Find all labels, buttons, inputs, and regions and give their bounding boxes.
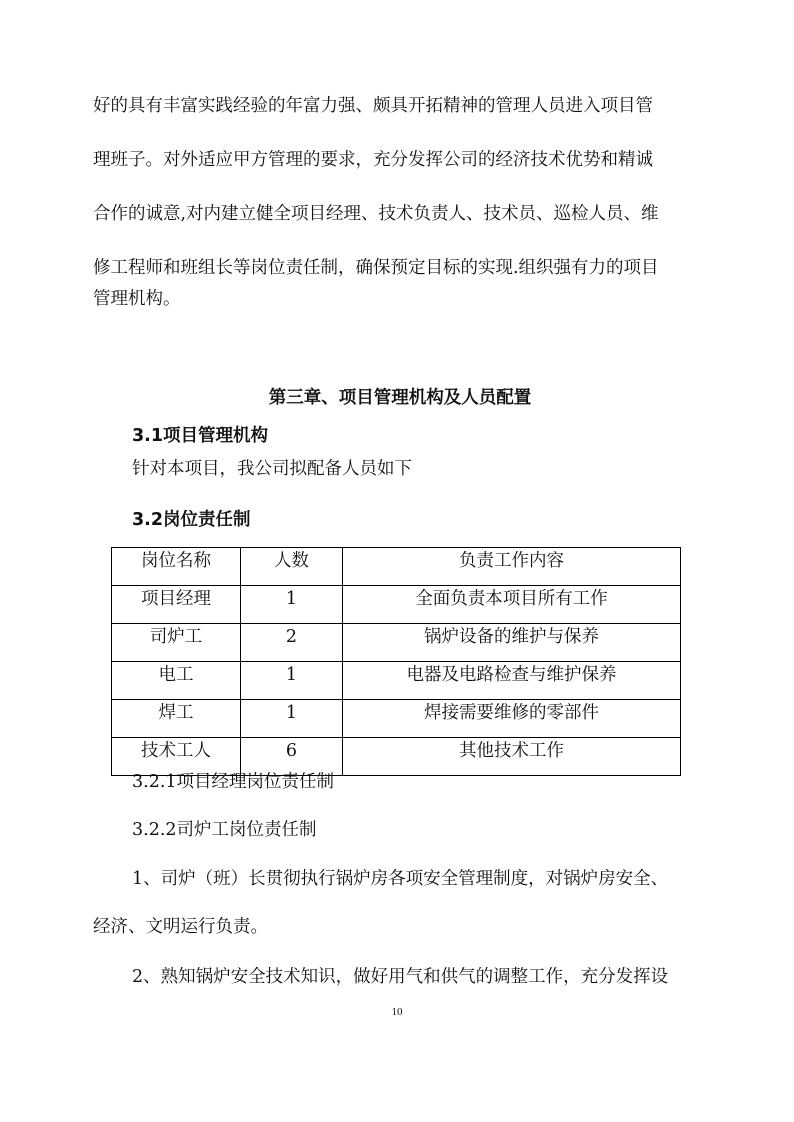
table-row: 焊工 1 焊接需要维修的零部件 (112, 700, 681, 738)
table-row: 项目经理 1 全面负责本项目所有工作 (112, 586, 681, 624)
item-2-line-1: 2、熟知锅炉安全技术知识，做好用气和供气的调整工作，充分发挥设 (132, 965, 668, 989)
section-3-1-text: 针对本项目，我公司拟配备人员如下 (132, 457, 412, 481)
header-cell: 岗位名称 (112, 548, 241, 586)
paragraph-line: 好的具有丰富实践经验的年富力强、颇具开拓精神的管理人员进入项目管 (93, 94, 653, 118)
position-table: 岗位名称 人数 负责工作内容 项目经理 1 全面负责本项目所有工作 司炉工 2 … (111, 547, 681, 776)
chapter-title: 第三章、项目管理机构及人员配置 (0, 386, 794, 410)
table-cell: 电器及电路检查与维护保养 (343, 662, 681, 700)
header-cell: 负责工作内容 (343, 548, 681, 586)
table-cell: 1 (241, 662, 343, 700)
page-number: 10 (0, 1006, 794, 1018)
paragraph-line: 合作的诚意,对内建立健全项目经理、技术负责人、技术员、巡检人员、维 (93, 202, 659, 226)
subsection-3-2-2: 3.2.2司炉工岗位责任制 (132, 818, 317, 842)
table-cell: 全面负责本项目所有工作 (343, 586, 681, 624)
section-3-2-title: 3.2岗位责任制 (132, 508, 251, 532)
table-header-row: 岗位名称 人数 负责工作内容 (112, 548, 681, 586)
table-cell: 电工 (112, 662, 241, 700)
table-cell: 锅炉设备的维护与保养 (343, 624, 681, 662)
table-cell: 项目经理 (112, 586, 241, 624)
table-row: 司炉工 2 锅炉设备的维护与保养 (112, 624, 681, 662)
table-cell: 1 (241, 700, 343, 738)
table-cell: 焊工 (112, 700, 241, 738)
subsection-3-2-1: 3.2.1项目经理岗位责任制 (132, 770, 334, 794)
table-cell: 其他技术工作 (343, 738, 681, 776)
header-cell: 人数 (241, 548, 343, 586)
section-3-1-title: 3.1项目管理机构 (132, 424, 268, 448)
paragraph-line: 理班子。对外适应甲方管理的要求，充分发挥公司的经济技术优势和精诚 (93, 148, 653, 172)
table-cell: 焊接需要维修的零部件 (343, 700, 681, 738)
table-cell: 2 (241, 624, 343, 662)
table-cell: 司炉工 (112, 624, 241, 662)
table-row: 电工 1 电器及电路检查与维护保养 (112, 662, 681, 700)
table-cell: 1 (241, 586, 343, 624)
item-1-line-1: 1、司炉（班）长贯彻执行锅炉房各项安全管理制度，对锅炉房安全、 (132, 867, 668, 891)
paragraph-line-last: 管理机构。 (93, 287, 181, 311)
paragraph-line: 修工程师和班组长等岗位责任制，确保预定目标的实现.组织强有力的项目 (93, 256, 659, 280)
item-1-line-2: 经济、文明运行负责。 (93, 915, 268, 939)
